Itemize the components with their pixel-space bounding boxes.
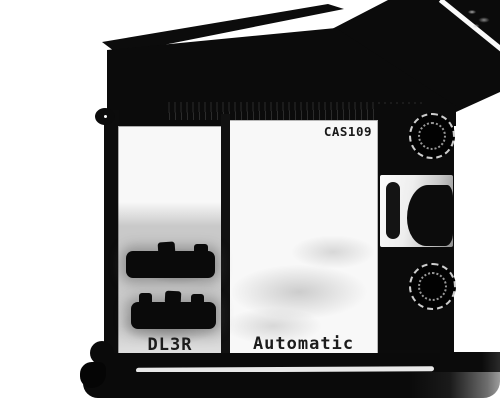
- control-knob-lower: [409, 263, 456, 310]
- switch-toggle: [194, 244, 208, 255]
- hinge-pin: [386, 182, 400, 239]
- switch-toggle: [165, 291, 182, 305]
- base-right-edge: [440, 352, 500, 374]
- speckle-texture: [466, 6, 496, 30]
- switch-toggle: [139, 293, 152, 305]
- right-door-panel: [229, 120, 378, 356]
- left-door-label: DL3R: [118, 335, 222, 355]
- floor-shadow: [83, 372, 500, 398]
- door-hinge: [380, 175, 453, 247]
- model-code-label: CAS109: [278, 124, 372, 139]
- switch-toggle: [191, 294, 204, 305]
- switch-toggle: [158, 241, 176, 255]
- left-edge-strip: [104, 110, 119, 372]
- hinge-knob-highlight: [104, 115, 107, 118]
- panel-divider: [221, 114, 230, 358]
- switch-row-upper: [126, 251, 215, 278]
- right-door-label: Automatic: [229, 334, 378, 354]
- control-knob-upper: [409, 113, 455, 159]
- photo-of-machine: DL3R Automatic CAS109: [0, 0, 500, 400]
- knob-knurling: [418, 122, 446, 150]
- hinge-shadow: [407, 185, 453, 246]
- knob-knurling: [418, 272, 447, 301]
- switch-row-lower: [131, 302, 216, 329]
